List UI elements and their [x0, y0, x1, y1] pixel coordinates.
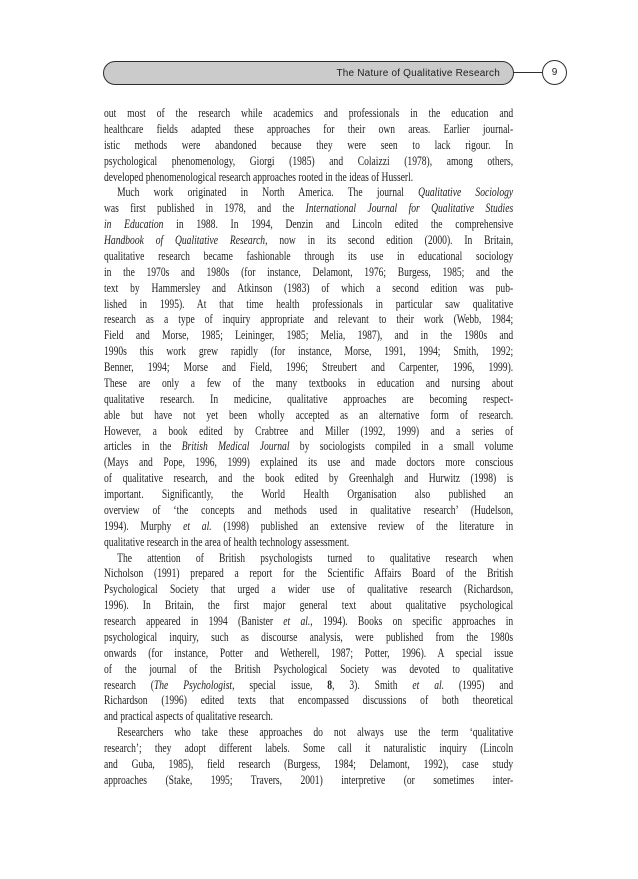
text-line: articles in the British Medical Journal …	[104, 439, 513, 455]
text-line: qualitative research became fashionable …	[104, 249, 513, 265]
text-line: and practical aspects of qualitative res…	[104, 709, 513, 725]
text-line: 1994). Murphy et al. (1998) published an…	[104, 519, 513, 535]
text-line: Nicholson (1991) prepared a report for t…	[104, 566, 513, 582]
page-number: 9	[552, 67, 558, 78]
text-line: out most of the research while academics…	[104, 106, 513, 122]
text-line: of the journal of the British Psychologi…	[104, 662, 513, 678]
text-line: Researchers who take these approaches do…	[104, 725, 513, 741]
text-line: research’; they adopt different labels. …	[104, 741, 513, 757]
paragraph: Much work originated in North America. T…	[104, 185, 513, 550]
text-line: qualitative research. In medicine, quali…	[104, 392, 513, 408]
text-line: approaches (Stake, 1995; Travers, 2001) …	[104, 773, 513, 789]
book-page: The Nature of Qualitative Research 9 out…	[0, 0, 638, 879]
text-line: research as a type of inquiry appropriat…	[104, 312, 513, 328]
text-line: Benner, 1994; Morse and Field, 1996; Str…	[104, 360, 513, 376]
text-line: Richardson (1996) edited texts that enco…	[104, 693, 513, 709]
text-line: lished in 1995). At that time health pro…	[104, 297, 513, 313]
text-line: developed phenomenological research appr…	[104, 170, 513, 186]
text-line: psychological phenomenology, Giorgi (198…	[104, 154, 513, 170]
paragraph: Researchers who take these approaches do…	[104, 725, 513, 789]
text-line: qualitative research in the area of heal…	[104, 535, 513, 551]
text-line: overview of ‘the concepts and methods us…	[104, 503, 513, 519]
text-line: onwards (for instance, Potter and Wether…	[104, 646, 513, 662]
text-line: 1990s this work grew rapidly (for instan…	[104, 344, 513, 360]
text-line: Handbook of Qualitative Research, now in…	[104, 233, 513, 249]
header-connector-line	[513, 72, 544, 73]
text-line: research appeared in 1994 (Banister et a…	[104, 614, 513, 630]
text-line: text by Hammersley and Atkinson (1983) o…	[104, 281, 513, 297]
paragraph: The attention of British psychologists t…	[104, 551, 513, 726]
page-number-badge: 9	[542, 60, 567, 85]
text-line: The attention of British psychologists t…	[104, 551, 513, 567]
chapter-title: The Nature of Qualitative Research	[336, 68, 500, 79]
text-line: research (The Psychologist, special issu…	[104, 678, 513, 694]
text-line: Field and Morse, 1985; Leininger, 1985; …	[104, 328, 513, 344]
text-line: 1996). In Britain, the first major gener…	[104, 598, 513, 614]
text-line: of qualitative research, and the book ed…	[104, 471, 513, 487]
text-line: (Mays and Pope, 1996, 1999) explained it…	[104, 455, 513, 471]
text-line: able but have not yet been wholly accept…	[104, 408, 513, 424]
text-line: was first published in 1978, and the Int…	[104, 201, 513, 217]
text-line: Much work originated in North America. T…	[104, 185, 513, 201]
text-line: in the 1970s and 1980s (for instance, De…	[104, 265, 513, 281]
chapter-title-tab: The Nature of Qualitative Research	[103, 61, 514, 85]
text-line: and Guba, 1985), field research (Burgess…	[104, 757, 513, 773]
text-line: psychological inquiry, such as discourse…	[104, 630, 513, 646]
text-line: in Education in 1988. In 1994, Denzin an…	[104, 217, 513, 233]
text-line: healthcare fields adapted these approach…	[104, 122, 513, 138]
text-line: important. Significantly, the World Heal…	[104, 487, 513, 503]
text-line: These are only a few of the many textboo…	[104, 376, 513, 392]
page-body-text: out most of the research while academics…	[104, 106, 513, 789]
text-line: However, a book edited by Crabtree and M…	[104, 424, 513, 440]
text-line: istic methods were abandoned because the…	[104, 138, 513, 154]
paragraph: out most of the research while academics…	[104, 106, 513, 185]
text-line: Psychological Society that urged a wider…	[104, 582, 513, 598]
